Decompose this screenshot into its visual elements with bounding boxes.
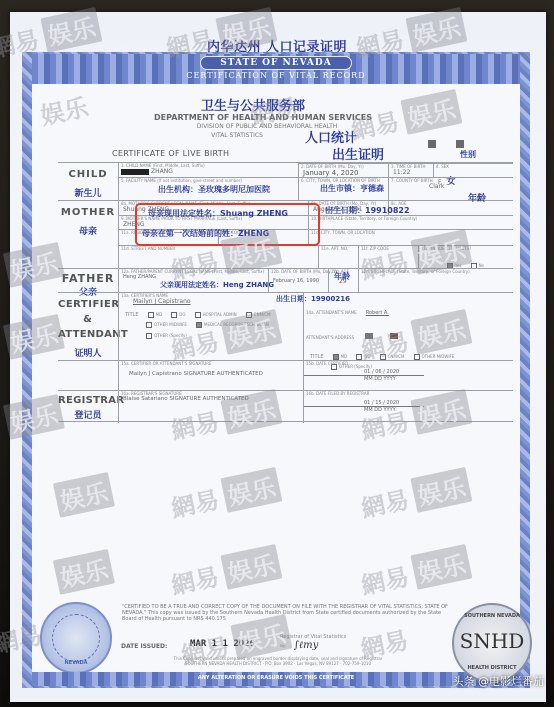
certifier-block: 13a. CERTIFIER'S NAME Mailyn J Capistran… — [118, 293, 303, 361]
father-name-cn: 父亲现用法定姓名：Heng ZHANG — [160, 280, 274, 290]
date-issued-stamp: MAR 1 1 2020 — [190, 639, 255, 649]
redacted-first-name — [121, 169, 149, 175]
certifier-hospital-admin-checkbox[interactable] — [195, 312, 201, 318]
mother-label: MOTHER 母亲 — [58, 207, 118, 237]
attendant-do-checkbox[interactable] — [356, 354, 362, 360]
division-title: DIVISION OF PUBLIC AND BEHAVIORAL HEALTH — [0, 123, 544, 130]
mother-dob-cn: 出生日期：19910822 — [325, 205, 410, 216]
date-issued-label: DATE ISSUED: — [121, 643, 167, 650]
registrar-label: REGISTRAR 登记员 — [58, 395, 118, 421]
apt-field: 11e. APT. NO. — [318, 245, 358, 269]
father-dob-field: 12b. DATE OF BIRTH (Mo, Day, Yr) Februar… — [268, 269, 328, 293]
source-credit: 头条 @电影烂番茄 — [453, 673, 545, 689]
inside-city-field: 11g. INSIDE CITY LIMITS? Yes No — [418, 245, 513, 269]
county-field: 7. COUNTY OF BIRTH Clark — [388, 177, 513, 201]
zip-field: 11f. ZIP CODE — [358, 245, 418, 269]
certifier-signature-row: 15a. CERTIFIER OR ATTENDANT'S SIGNATURE … — [58, 360, 513, 390]
date-filed-field: 16b. DATE FILED BY REGISTRAR 01 / 15 / 2… — [303, 391, 513, 423]
redaction-mark — [390, 333, 398, 339]
child-label: CHILD 新生儿 — [58, 169, 118, 199]
registrar-signature: By: ∫ℓmy — [280, 640, 318, 651]
child-time-field: 3. TIME OF BIRTH 11:22 — [388, 163, 433, 177]
bottom-border-band: ANY ALTERATION OR ERASURE VOIDS THIS CER… — [32, 672, 520, 686]
child-section: CHILD 新生儿 1. CHILD NAME (First, Middle, … — [58, 162, 513, 200]
mother-birthplace-field: 10. BIRTHPLACE (State, Territory, or For… — [308, 215, 513, 229]
date-certified-field: 15b. DATE CERTIFIED 01 / 06 / 2020 MM DD… — [303, 361, 513, 391]
certifier-signature-field: 15a. CERTIFIER OR ATTENDANT'S SIGNATURE … — [118, 361, 303, 391]
father-section: FATHER 父亲 12a. FATHER/PARENT CURRENT LEG… — [58, 268, 513, 292]
certificate-title: CERTIFICATE OF LIVE BIRTH — [112, 149, 229, 158]
mother-name-cn: 母亲现用法定姓名：Shuang ZHENG — [148, 208, 288, 219]
certifier-md-checkbox[interactable] — [148, 312, 154, 318]
child-sex-field: 4. SEX F 女 — [433, 163, 513, 177]
city-annotation-cn: 出生市镇：亨德森 — [320, 183, 384, 194]
father-age-cn: 年龄 — [334, 271, 350, 282]
attendant-cnm-checkbox[interactable] — [380, 354, 386, 360]
redaction-mark — [456, 140, 464, 148]
banner-subtitle: CERTIFICATION OF VITAL RECORD — [32, 71, 520, 80]
certifier-do-checkbox[interactable] — [171, 312, 177, 318]
sex-label-cn: 性别 — [460, 149, 476, 160]
state-banner: STATE OF NEVADA CERTIFICATION OF VITAL R… — [32, 54, 520, 84]
residence-city-field: 11c. CITY, TOWN, OR LOCATION — [308, 229, 513, 245]
child-dob-field: 2. DATE OF BIRTH (Mo, Day, Yr) January 4… — [298, 163, 388, 177]
street-field: 11d. STREET AND NUMBER — [118, 245, 318, 269]
banner-title: STATE OF NEVADA — [200, 56, 352, 70]
dept-title-cn: 卫生与公共服务部 — [0, 95, 530, 114]
certifier-medical-records-checkbox[interactable] — [196, 322, 202, 328]
snhd-seal: SOUTHERN NEVADA SNHD HEALTH DISTRICT — [452, 603, 532, 683]
certifier-label: CERTIFIER & ATTENDANT 证明人 — [58, 299, 118, 359]
attendant-md-checkbox[interactable] — [333, 354, 339, 360]
mother-maiden-cn: 母亲在第一次结婚前的姓：ZHENG — [142, 228, 269, 239]
alteration-notice: ANY ALTERATION OR ERASURE VOIDS THIS CER… — [32, 675, 520, 681]
redaction-mark — [365, 333, 373, 339]
certifier-section: CERTIFIER & ATTENDANT 证明人 13a. CERTIFIER… — [58, 292, 513, 360]
certifier-other-midwife-checkbox[interactable] — [146, 322, 152, 328]
certifier-cnm-checkbox[interactable] — [246, 312, 252, 318]
child-name-field: 1. CHILD NAME (First, Middle, Last, Suff… — [118, 163, 298, 177]
facility-annotation-cn: 出生机构：圣玫瑰多明尼加医院 — [158, 184, 270, 195]
certification-statement: "CERTIFIED TO BE A TRUE AND CORRECT COPY… — [122, 604, 452, 622]
certifier-other-checkbox[interactable] — [146, 333, 152, 339]
nevada-state-seal: NEVADA — [40, 602, 112, 674]
attendant-other-midwife-checkbox[interactable] — [414, 354, 420, 360]
registrar-signature-field: 16a. REGISTRAR'S SIGNATURE Blaise Satari… — [118, 391, 303, 423]
dept-title: DEPARTMENT OF HEALTH AND HUMAN SERVICES — [0, 113, 540, 122]
mother-age-cn: 年龄 — [468, 191, 486, 204]
certificate-title-cn: 出生证明 — [332, 144, 384, 163]
father-birthplace-field: 12d. BIRTHPLACE (State, Territory, or Fo… — [358, 269, 513, 293]
top-title-cn: 内华达州 人口记录证明 — [0, 36, 554, 55]
vital-statistics-label: VITAL STATISTICS — [0, 132, 514, 139]
validity-notice: This Copy not valid unless prepared on e… — [118, 656, 438, 666]
certifier-title-options: TITLE MD DO HOSPITAL ADMIN CNM/CM OTHER … — [119, 309, 303, 341]
registrar-section: REGISTRAR 登记员 16a. REGISTRAR'S SIGNATURE… — [58, 390, 513, 422]
attendant-block: 14a. ATTENDANT'S NAME Robert A. ATTENDAN… — [303, 293, 513, 361]
redaction-mark — [428, 140, 436, 148]
